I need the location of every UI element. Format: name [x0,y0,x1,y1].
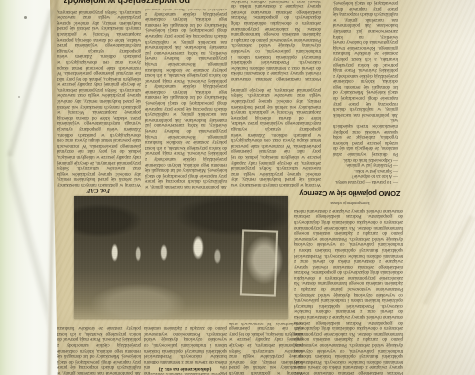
text-column-1-bottom: Jak poinformował nas naczelnik gminy, w … [57,325,141,375]
photo-goal-frame [240,230,278,297]
text-column-1-top: Wczoraj w godzinach rannych mieszkańcy w… [57,9,141,187]
dust-speck [18,96,20,98]
column-text: Jak poinformował nas naczelnik gminy, w … [333,1,398,117]
cutoff-headline: po wydarzeniach w województwie [64,0,190,6]
cutoff-headline-text: po wydarzeniach w województwie [64,0,190,6]
text-column-3-bottom: Wczoraj w godzinach rannych mieszkańcy w… [229,323,303,375]
text-column-2-top: Jak poinformował nas naczelnik gminy, w … [145,9,227,189]
article-byline: korespondencja własna [316,200,384,207]
news-photo [74,196,288,319]
text-column-3-top-b: Wczoraj w godzinach rannych mieszkańcy w… [231,87,321,187]
scanned-newspaper-page: po wydarzeniach w województwie Wczoraj w… [0,0,475,375]
article-headline: ZOMO pojawiło się w Czerncy [296,187,404,199]
dialog-lines: — To prawda — przyznał sołtys. — A kto z… [333,117,398,184]
bold-continuation-line: (dokończenie na str. 2) [150,364,220,373]
text-column-4-top: — To prawda — przyznał sołtys. — A kto z… [333,1,398,184]
photo-credit: Fot. CAF [62,185,110,194]
dust-speck [24,16,27,19]
text-column-3-top-a: Podczas niedzielnego zebrania omawiano r… [231,1,321,81]
article-body-column: Podczas niedzielnego zebrania omawiano r… [294,209,403,375]
